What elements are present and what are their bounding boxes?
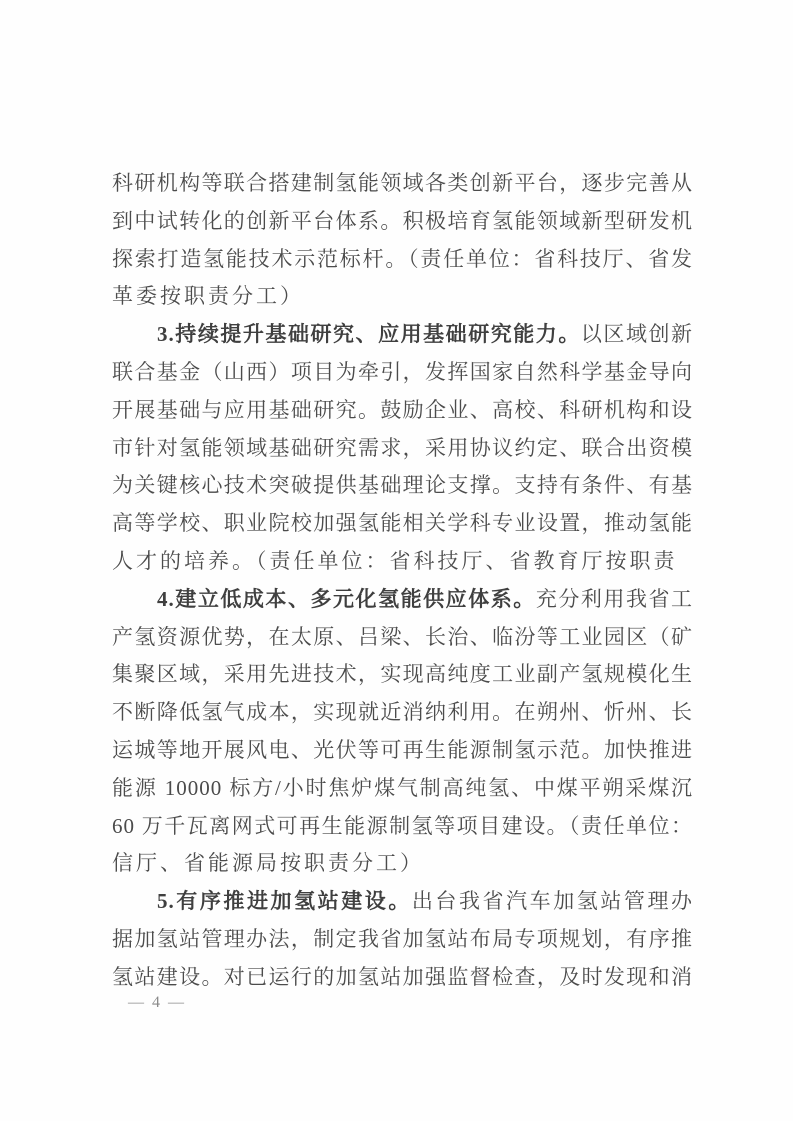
text-line: 据加氢站管理办法，制定我省加氢站布局专项规划，有序推进加 [112, 921, 693, 959]
document-text-block: 科研机构等联合搭建制氢能领域各类创新平台，逐步完善从研发 到中试转化的创新平台体… [112, 165, 693, 997]
section-4-lead: 4.建立低成本、多元化氢能供应体系。 [157, 587, 536, 611]
text-line: 为关键核心技术突破提供基础理论支撑。支持有条件、有基础的 [112, 467, 693, 505]
section-5-lead: 5.有序推进加氢站建设。 [157, 889, 412, 913]
text-line: 60 万千瓦离网式可再生能源制氢等项目建设。（责任单位：省工 [112, 808, 693, 846]
text-line: 革委按职责分工） [112, 278, 693, 316]
page-number: — 4 — [128, 993, 186, 1013]
section-3-lead: 3.持续提升基础研究、应用基础研究能力。 [157, 322, 581, 346]
text-line: 不断降低氢气成本，实现就近消纳利用。在朔州、忻州、长治、 [112, 694, 693, 732]
text-line: 集聚区域，采用先进技术，实现高纯度工业副产氢规模化生产， [112, 656, 693, 694]
text-line: 运城等地开展风电、光伏等可再生能源制氢示范。加快推进美锦 [112, 732, 693, 770]
text-line: 高等学校、职业院校加强氢能相关学科专业设置，推动氢能产业 [112, 505, 693, 543]
text-line: 开展基础与应用基础研究。鼓励企业、高校、科研机构和设区的 [112, 392, 693, 430]
text-line: 人才的培养。（责任单位：省科技厅、省教育厅按职责分工） [112, 543, 693, 581]
text-line: 市针对氢能领域基础研究需求，采用协议约定、联合出资模式， [112, 430, 693, 468]
text-line: 氢站建设。对已运行的加氢站加强监督检查，及时发现和消除安 [112, 959, 693, 997]
text-line: 3.持续提升基础研究、应用基础研究能力。以区域创新发展 [112, 316, 693, 354]
text-line: 产氢资源优势，在太原、吕梁、长治、临汾等工业园区（矿区） [112, 619, 693, 657]
text-line: 到中试转化的创新平台体系。积极培育氢能领域新型研发机构， [112, 203, 693, 241]
text-line: 信厅、省能源局按职责分工） [112, 845, 693, 883]
text-line: 科研机构等联合搭建制氢能领域各类创新平台，逐步完善从研发 [112, 165, 693, 203]
text-line: 5.有序推进加氢站建设。出台我省汽车加氢站管理办法，根 [112, 883, 693, 921]
text-line: 联合基金（山西）项目为牵引，发挥国家自然科学基金导向作用， [112, 354, 693, 392]
text-line: 探索打造氢能技术示范标杆。（责任单位：省科技厅、省发展改 [112, 241, 693, 279]
document-page: 科研机构等联合搭建制氢能领域各类创新平台，逐步完善从研发 到中试转化的创新平台体… [0, 0, 793, 1121]
text-line: 4.建立低成本、多元化氢能供应体系。充分利用我省工业副 [112, 581, 693, 619]
text-line: 能源 10000 标方/小时焦炉煤气制高纯氢、中煤平朔采煤沉陷区 [112, 770, 693, 808]
